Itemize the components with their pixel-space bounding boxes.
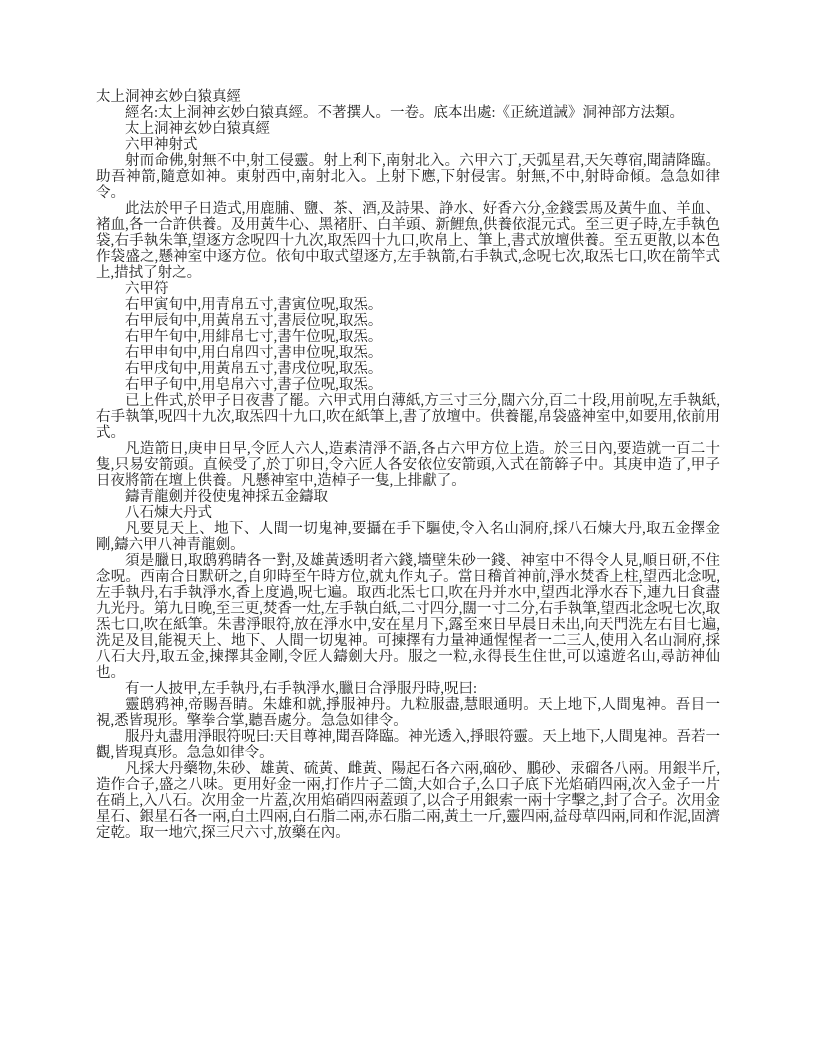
section-heading-liujia-shenshe: 六甲神射式	[96, 137, 720, 153]
list-line-jia-yin: 右甲寅旬中,用青帛五寸,書寅位呪,取炁。	[96, 297, 720, 313]
paragraph: 須是臘日,取鸱鸦睛各一對,及雄黃透明者六錢,墻壁朱砂一錢、神室中不得令人見,順日…	[96, 553, 720, 681]
list-line-jia-chen: 右甲辰旬中,用黃帛五寸,書辰位呪,取炁。	[96, 313, 720, 329]
incantation-paragraph: 服丹丸盡用淨眼符呪曰:天目尊神,聞吾降臨。神光透入,掙眼符靈。天上地下,人間鬼神…	[96, 729, 720, 761]
paragraph: 凡造箭日,庚申日早,令匠人六人,造素清淨不語,各占六甲方位上造。於三日內,要造就…	[96, 441, 720, 489]
doc-meta-line: 經名:太上洞神玄妙白猿真經。不著撰人。一卷。底本出處:《正統道誡》洞神部方法類。	[96, 105, 720, 121]
paragraph: 有一人披甲,左手執丹,右手執淨水,臘日合淨服丹時,呪曰:	[96, 681, 720, 697]
doc-title-repeat: 太上洞神玄妙白猿真經	[96, 121, 720, 137]
list-line-jia-xu: 右甲戌旬中,用黃帛五寸,書戌位呪,取炁。	[96, 361, 720, 377]
paragraph: 凡採大丹藥物,朱砂、雄黃、硫黃、雌黃、陽起石各六兩,硇砂、鵬砂、汞磂各八兩。用銀…	[96, 761, 720, 841]
list-line-jia-zi: 右甲子旬中,用皂帛六寸,書子位呪,取炁。	[96, 377, 720, 393]
paragraph: 射而命佛,射無不中,射工侵靈。射上利下,南射北入。六甲六丁,天弧星君,天矢尊宿,…	[96, 153, 720, 201]
paragraph: 此法於甲子日造式,用鹿脯、鹽、茶、酒,及詩果、諍水、好香六分,金錢雲馬及黃牛血、…	[96, 201, 720, 281]
section-heading-liujia-fu: 六甲符	[96, 281, 720, 297]
document-page: 太上洞神玄妙白猿真經 經名:太上洞神玄妙白猿真經。不著撰人。一卷。底本出處:《正…	[0, 0, 816, 1056]
section-heading-bashi-liandadan: 八石煉大丹式	[96, 505, 720, 521]
list-line-jia-shen: 右甲申旬中,用白帛四寸,書申位呪,取炁。	[96, 345, 720, 361]
paragraph: 已上件式,於甲子日夜書了罷。六甲式用白薄紙,方三寸三分,闊六分,百二十段,用前呪…	[96, 393, 720, 441]
section-heading-zhu-qinglong-jian: 鑄青龍劍并役使鬼神採五金鑄取	[96, 489, 720, 505]
doc-title: 太上洞神玄妙白猿真經	[96, 89, 720, 105]
paragraph: 凡要見天上、地下、人間一切鬼神,要攝在手下驅使,令入名山洞府,採八石煉大丹,取五…	[96, 521, 720, 553]
incantation-paragraph: 靈鸱鸦神,帝賜吾睛。朱雄和就,掙服神丹。九粒服盡,慧眼通明。天上地下,人間鬼神。…	[96, 697, 720, 729]
list-line-jia-wu: 右甲午旬中,用緋帛七寸,書午位呪,取炁。	[96, 329, 720, 345]
